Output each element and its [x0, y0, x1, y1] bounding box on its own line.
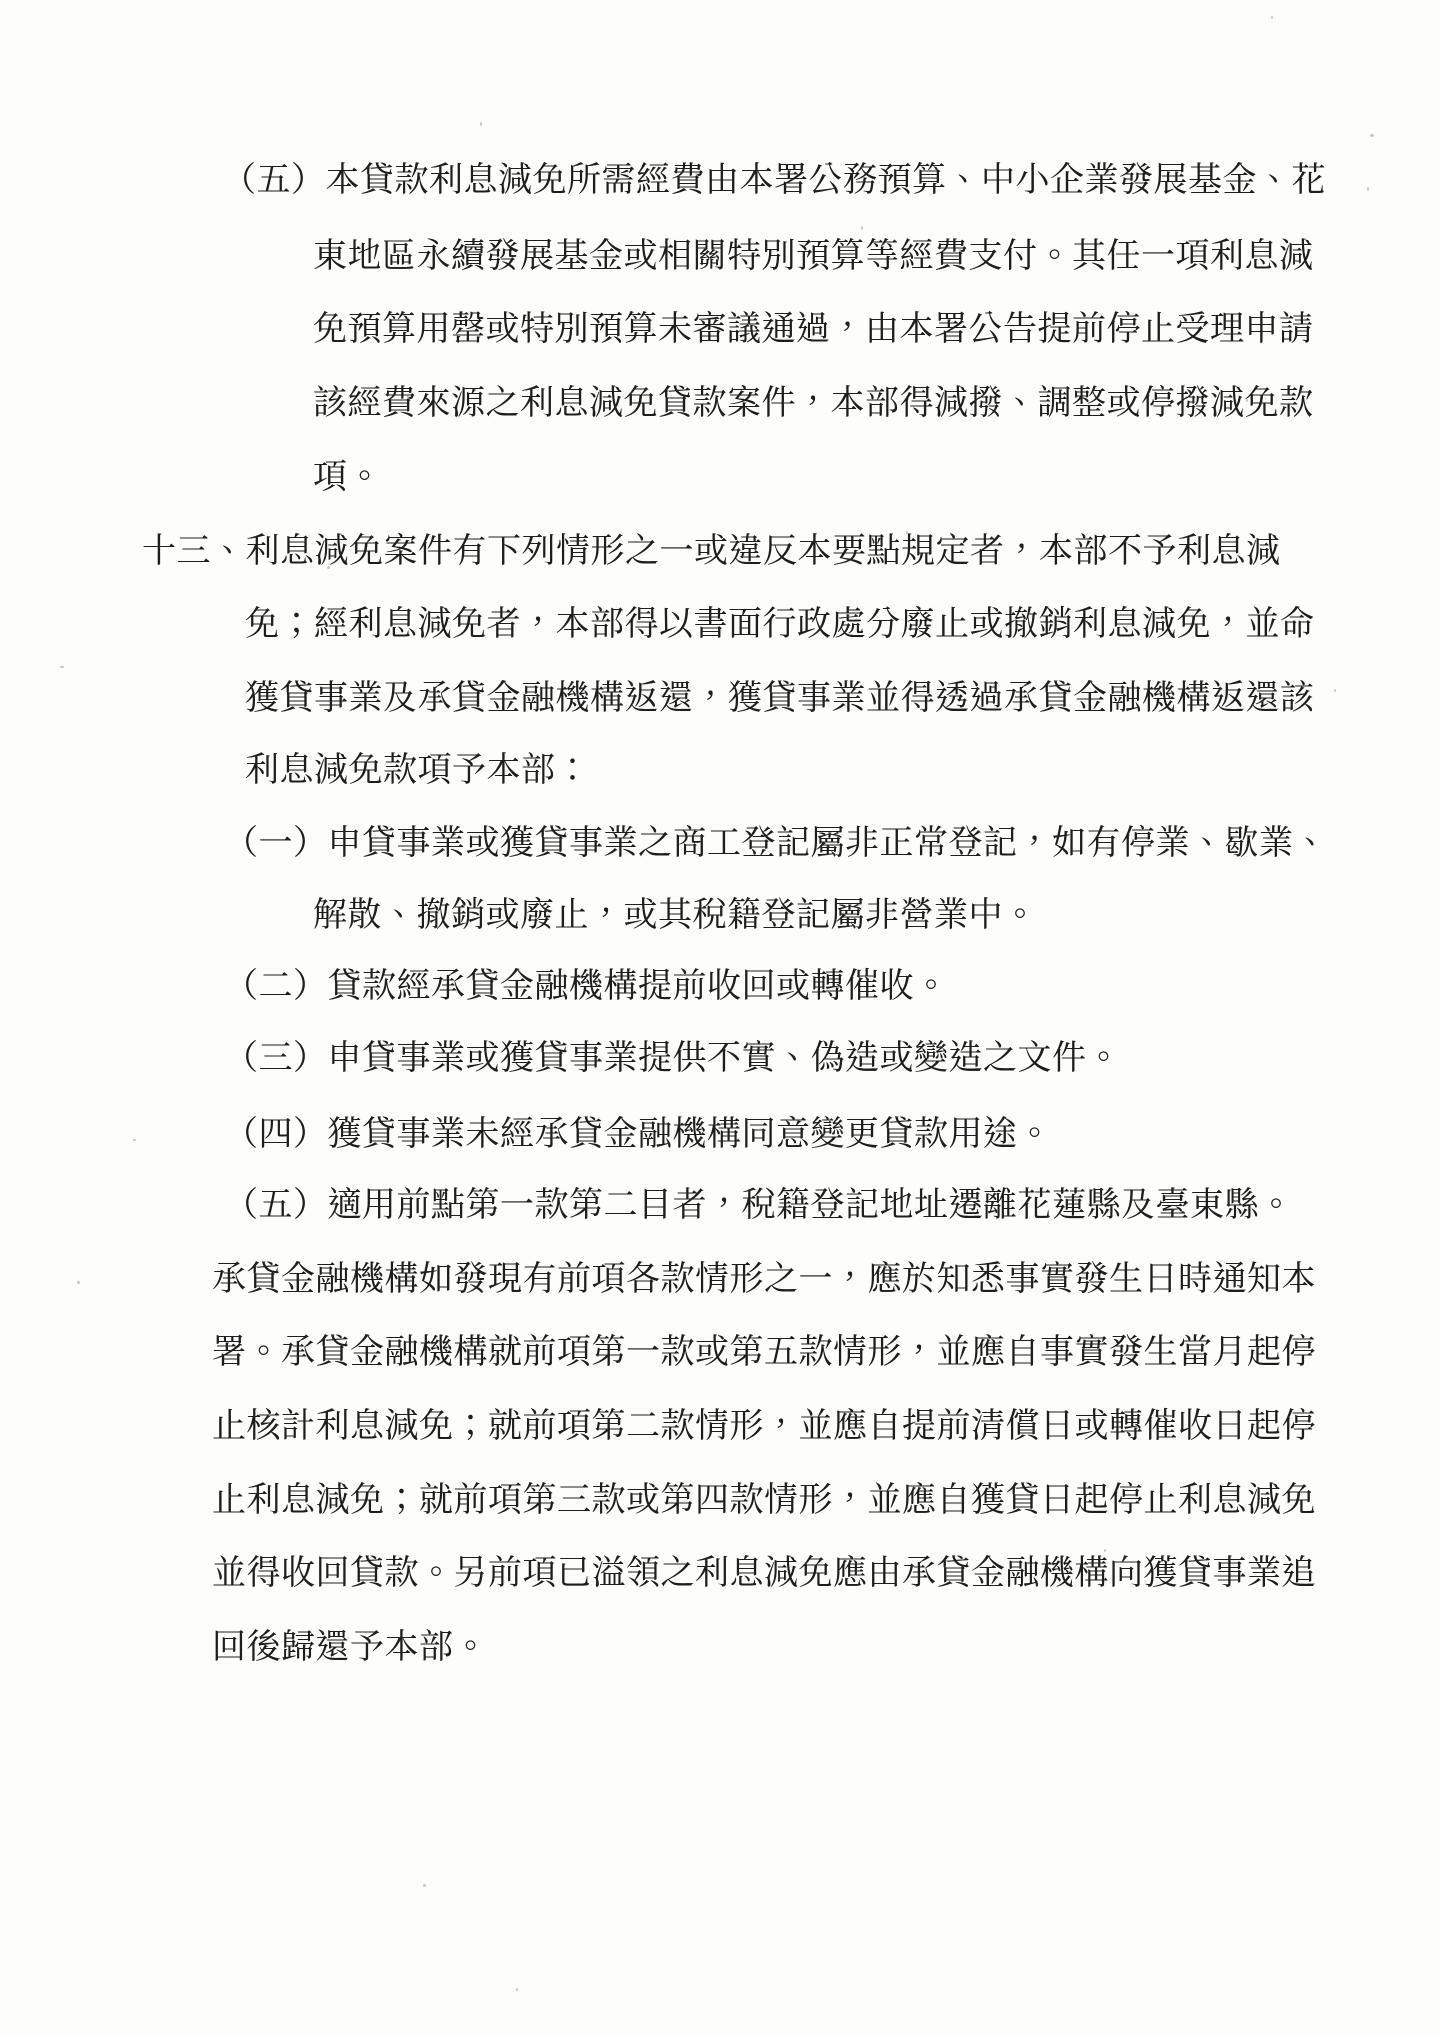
scan-speckle: [516, 1988, 518, 1991]
text-line: （一）申貸事業或獲貸事業之商工登記屬非正常登記，如有停業、歇業、: [224, 825, 1328, 863]
scan-speckle: [133, 1139, 136, 1141]
scan-speckle: [60, 666, 64, 668]
scan-speckle: [77, 1281, 80, 1284]
text-line: 項。: [313, 459, 382, 497]
scan-speckle: [1271, 16, 1273, 19]
text-line: 十三、利息減免案件有下列情形之一或違反本要點規定者，本部不予利息減: [142, 533, 1281, 571]
text-line: 東地區永續發展基金或相關特別預算等經費支付。其任一項利息減: [313, 238, 1314, 276]
text-line: 解散、撤銷或廢止，或其稅籍登記屬非營業中。: [313, 897, 1038, 935]
text-line: 並得收回貸款。另前項已溢領之利息減免應由承貸金融機構向獲貸事業追: [212, 1555, 1316, 1593]
text-line: 承貸金融機構如發現有前項各款情形之一，應於知悉事實發生日時通知本: [212, 1261, 1316, 1299]
text-line: （五）本貸款利息減免所需經費由本署公務預算、中小企業發展基金、花: [222, 162, 1326, 200]
text-line: 署。承貸金融機構就前項第一款或第五款情形，並應自事實發生當月起停: [212, 1334, 1316, 1372]
scan-speckle: [1370, 134, 1374, 137]
text-line: （三）申貸事業或獲貸事業提供不實、偽造或變造之文件。: [224, 1040, 1121, 1078]
scan-speckle: [1246, 399, 1248, 402]
text-line: 免；經利息減免者，本部得以書面行政處分廢止或撤銷利息減免，並命: [245, 606, 1315, 644]
scan-speckle: [906, 531, 908, 534]
scan-speckle: [480, 122, 482, 126]
text-line: 止核計利息減免；就前項第二款情形，並應自提前清償日或轉催收日起停: [212, 1408, 1316, 1446]
scan-speckle: [861, 226, 863, 230]
scan-speckle: [1104, 1549, 1106, 1552]
scanned-document-page: （五）本貸款利息減免所需經費由本署公務預算、中小企業發展基金、花 東地區永續發展…: [0, 0, 1440, 2037]
text-line: 獲貸事業及承貸金融機構返還，獲貸事業並得透過承貸金融機構返還該: [245, 680, 1315, 718]
text-line: 利息減免款項予本部：: [245, 752, 590, 790]
text-line: 該經費來源之利息減免貸款案件，本部得減撥、調整或停撥減免款: [313, 385, 1314, 423]
text-line: （二）貸款經承貸金融機構提前收回或轉催收。: [224, 968, 949, 1006]
text-line: 免預算用罄或特別預算未審議通過，由本署公告提前停止受理申請: [313, 311, 1314, 349]
text-line: 回後歸還予本部。: [212, 1629, 488, 1667]
scan-speckle: [1367, 187, 1369, 191]
scan-speckle: [327, 566, 330, 569]
text-line: （四）獲貸事業未經承貸金融機構同意變更貸款用途。: [224, 1116, 1052, 1154]
scan-speckle: [423, 1884, 426, 1887]
text-line: （五）適用前點第一款第二目者，稅籍登記地址遷離花蓮縣及臺東縣。: [224, 1187, 1294, 1225]
text-line: 止利息減免；就前項第三款或第四款情形，並應自獲貸日起停止利息減免: [212, 1482, 1316, 1520]
scan-speckle: [1334, 689, 1336, 692]
